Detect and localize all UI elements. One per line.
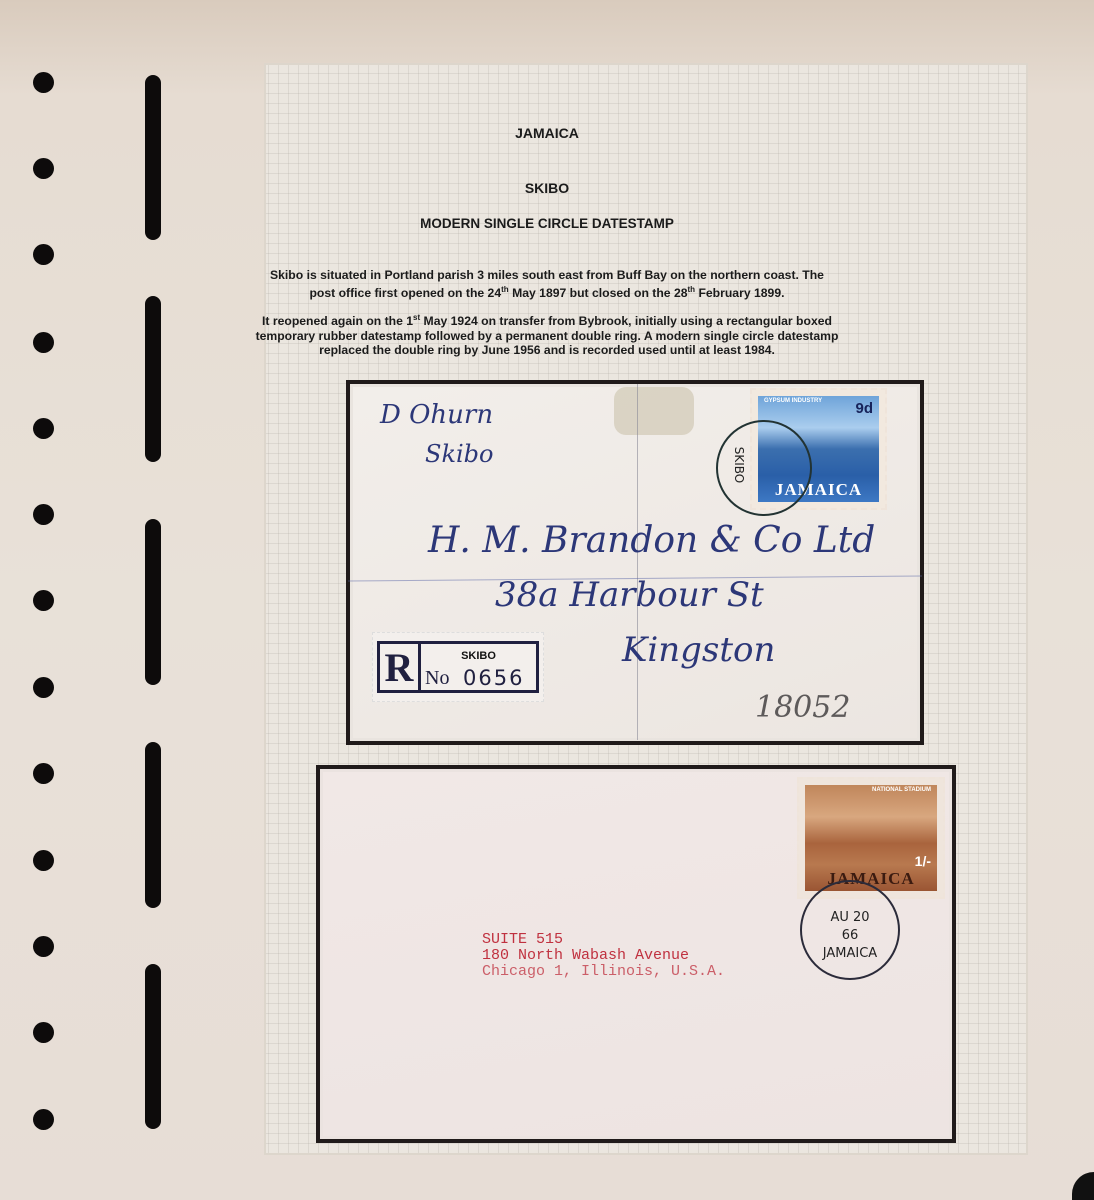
registration-number: 0656 <box>463 666 524 690</box>
registration-letter: R <box>380 644 421 690</box>
address-line-2: 38a Harbour St <box>495 575 764 615</box>
binder-hole <box>33 1022 54 1043</box>
binder-hole <box>33 936 54 957</box>
office-heading: SKIBO <box>0 180 1094 196</box>
jamaica-postmark: AU 20 66 JAMAICA <box>800 880 900 980</box>
binder-hole <box>33 850 54 871</box>
sender-office: Skibo <box>425 440 493 468</box>
binder-hole <box>33 72 54 93</box>
address-line-3: Kingston <box>622 630 775 670</box>
fold-line <box>637 384 638 740</box>
history-paragraph-2: It reopened again on the 1st May 1924 on… <box>0 311 1094 358</box>
address-line-1: H. M. Brandon & Co Ltd <box>428 520 875 561</box>
binder-hole <box>33 590 54 611</box>
sender-name: D Ohurn <box>380 400 493 430</box>
binder-slot <box>145 519 161 685</box>
page-corner <box>1072 1172 1094 1200</box>
national-stadium-stamp: NATIONAL STADIUM 1/- JAMAICA <box>797 777 945 899</box>
binder-slot <box>145 964 161 1129</box>
registration-label: R SKIBO No 0656 <box>372 632 544 702</box>
binder-hole <box>33 418 54 439</box>
binder-hole <box>33 763 54 784</box>
binder-hole <box>33 1109 54 1130</box>
binder-hole <box>33 504 54 525</box>
pencil-note: 18052 <box>755 690 850 725</box>
registration-office: SKIBO <box>421 650 536 662</box>
skibo-postmark: SKIBO <box>716 420 812 516</box>
binder-hole <box>33 244 54 265</box>
binder-hole <box>33 158 54 179</box>
history-paragraph-1: Skibo is situated in Portland parish 3 m… <box>0 268 1094 300</box>
typed-address: SUITE 515 180 North Wabash Avenue Chicag… <box>482 932 725 980</box>
hinge-tape-stain <box>614 387 694 435</box>
binder-slot <box>145 742 161 908</box>
binder-hole <box>33 677 54 698</box>
section-heading: MODERN SINGLE CIRCLE DATESTAMP <box>0 216 1094 231</box>
country-heading: JAMAICA <box>0 125 1094 141</box>
